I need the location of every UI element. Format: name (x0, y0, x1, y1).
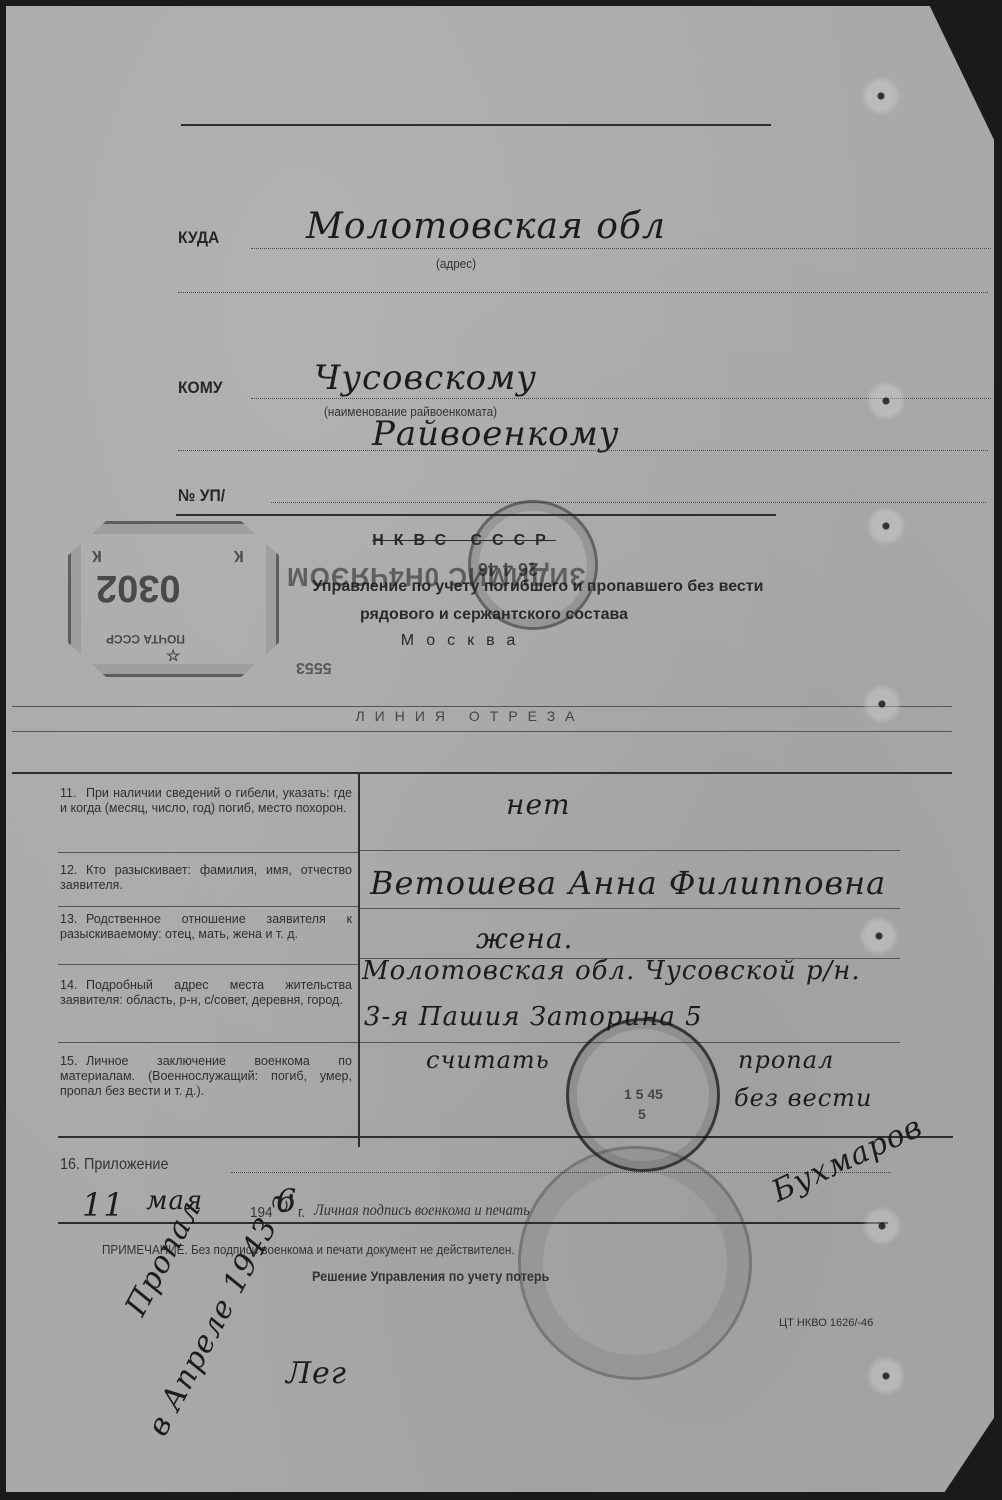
up-number-label: № УП/ (178, 486, 225, 506)
tear-mark (862, 1206, 902, 1246)
cut-line-label: ЛИНИЯ ОТРЕЗА (0, 708, 964, 724)
question-12: 12.Кто разыскивает: фамилия, имя, отчест… (60, 863, 352, 893)
to-whom-label: КОМУ (178, 378, 222, 398)
question-11: 11.При наличии сведений о гибели, указат… (60, 786, 352, 816)
postal-number-stamp: 5553 (296, 658, 332, 676)
up-number-line (271, 502, 986, 503)
row-divider (58, 1042, 358, 1043)
margin-note-initials: Лег (286, 1356, 347, 1391)
moscow-stamp-date: 26 4 46 (478, 558, 538, 579)
chusovoy-stamp-digit: 5 (638, 1106, 646, 1122)
chusovoy-stamp-date: 1 5 45 (624, 1086, 663, 1102)
to-where-caption: (адрес) (436, 256, 476, 271)
postal-octagon-number: 0302 (96, 566, 181, 609)
row-divider (58, 852, 358, 853)
to-where-value: Молотовская обл (306, 206, 666, 247)
tear-mark (859, 916, 899, 956)
tear-mark (866, 1356, 906, 1396)
to-whom-line-2 (178, 450, 988, 451)
answer-15-right-line1: пропал (738, 1046, 834, 1074)
row-divider (58, 906, 358, 907)
cut-rule-upper (12, 706, 952, 707)
tear-mark (866, 381, 906, 421)
cut-rule-lower (12, 731, 952, 732)
military-commissariat-seal (518, 1146, 752, 1380)
question-15: 15.Личное заключение военкома по материа… (60, 1054, 352, 1099)
table-top-rule (12, 772, 952, 774)
answer-15-left: считать (426, 1046, 550, 1074)
to-where-line (251, 248, 991, 249)
answer-13: жена. (476, 922, 573, 955)
signature-caption: Личная подпись военкома и печать (314, 1202, 530, 1220)
date-day: 11 (82, 1186, 125, 1224)
postal-octagon-letter-right: К (234, 546, 244, 564)
top-rule (181, 124, 771, 126)
form-code: ЦТ НКВО 1626/-46 (779, 1317, 873, 1329)
postal-octagon-letter-left: К (92, 546, 102, 564)
date-year-g: г. (298, 1204, 305, 1221)
to-where-label: КУДА (178, 228, 219, 248)
answer-line (360, 850, 900, 851)
table-divider (358, 772, 360, 1147)
question-13: 13.Родственное отношение заявителя к раз… (60, 912, 352, 942)
star-icon: ☆ (166, 646, 180, 666)
question-14: 14.Подробный адрес места жительства заяв… (60, 978, 352, 1008)
table-bottom-rule (58, 1136, 953, 1138)
appendix-label: 16. Приложение (60, 1156, 168, 1174)
document-sheet: КУДА Молотовская обл (адрес) КОМУ Чусовс… (6, 6, 994, 1492)
postal-octagon-caption: ПОЧТА СССР (106, 632, 185, 646)
tear-mark (862, 684, 902, 724)
decision-label: Решение Управления по учету потерь (312, 1268, 549, 1284)
address-block-bottom-rule (176, 514, 776, 516)
answer-15-right-line2: без вести (734, 1084, 872, 1112)
answer-12: Ветошева Анна Филипповна (370, 864, 886, 902)
address-line-2 (178, 292, 988, 293)
tear-mark (861, 76, 901, 116)
answer-11: нет (506, 788, 571, 821)
row-divider (58, 964, 358, 965)
to-whom-value-line2: Райвоенкому (372, 414, 620, 454)
to-whom-value-line1: Чусовскому (314, 358, 537, 398)
answer-14-line1: Молотовская обл. Чусовской р/н. (362, 956, 861, 986)
tear-mark (866, 506, 906, 546)
commissar-signature: Бухмаров (767, 1109, 928, 1209)
answer-line (360, 908, 900, 909)
